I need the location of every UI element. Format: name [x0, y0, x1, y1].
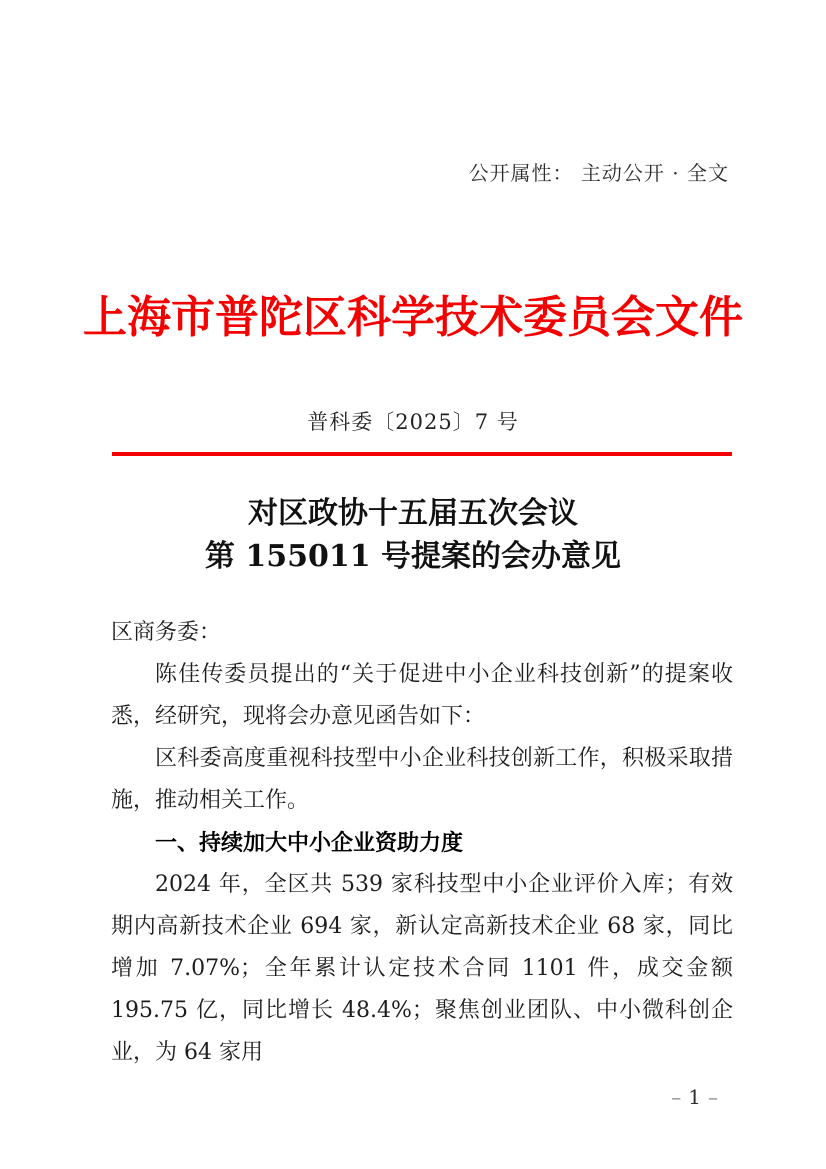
paragraph-overview: 区科委高度重视科技型中小企业科技创新工作，积极采取措施，推动相关工作。	[111, 738, 733, 822]
document-number: 普科委〔2025〕7 号	[0, 406, 826, 436]
document-title: 对区政协十五届五次会议 第 155011 号提案的会办意见	[0, 492, 826, 578]
paragraph-intro: 陈佳传委员提出的“关于促进中小企业科技创新”的提案收悉，经研究，现将会办意见函告…	[111, 654, 733, 738]
page-number-value: 1	[688, 1085, 701, 1109]
document-page: 公开属性： 主动公开 · 全文 上海市普陀区科学技术委员会文件 普科委〔2025…	[0, 0, 826, 1169]
section-heading-1: 一、持续加大中小企业资助力度	[111, 822, 733, 864]
page-number-dash-left: –	[664, 1085, 688, 1109]
agency-banner-title: 上海市普陀区科学技术委员会文件	[0, 281, 826, 345]
document-title-line2: 第 155011 号提案的会办意见	[0, 535, 826, 578]
document-title-line1: 对区政协十五届五次会议	[0, 492, 826, 535]
paragraph-statistics: 2024 年，全区共 539 家科技型中小企业评价入库；有效期内高新技术企业 6…	[111, 864, 733, 1074]
document-body: 区商务委： 陈佳传委员提出的“关于促进中小企业科技创新”的提案收悉，经研究，现将…	[111, 612, 733, 1074]
disclosure-attribute-label: 公开属性： 主动公开 · 全文	[469, 157, 729, 186]
salutation: 区商务委：	[111, 612, 733, 654]
red-divider-line	[112, 452, 732, 456]
page-number-dash-right: –	[701, 1085, 725, 1109]
page-number: –1–	[664, 1085, 725, 1109]
